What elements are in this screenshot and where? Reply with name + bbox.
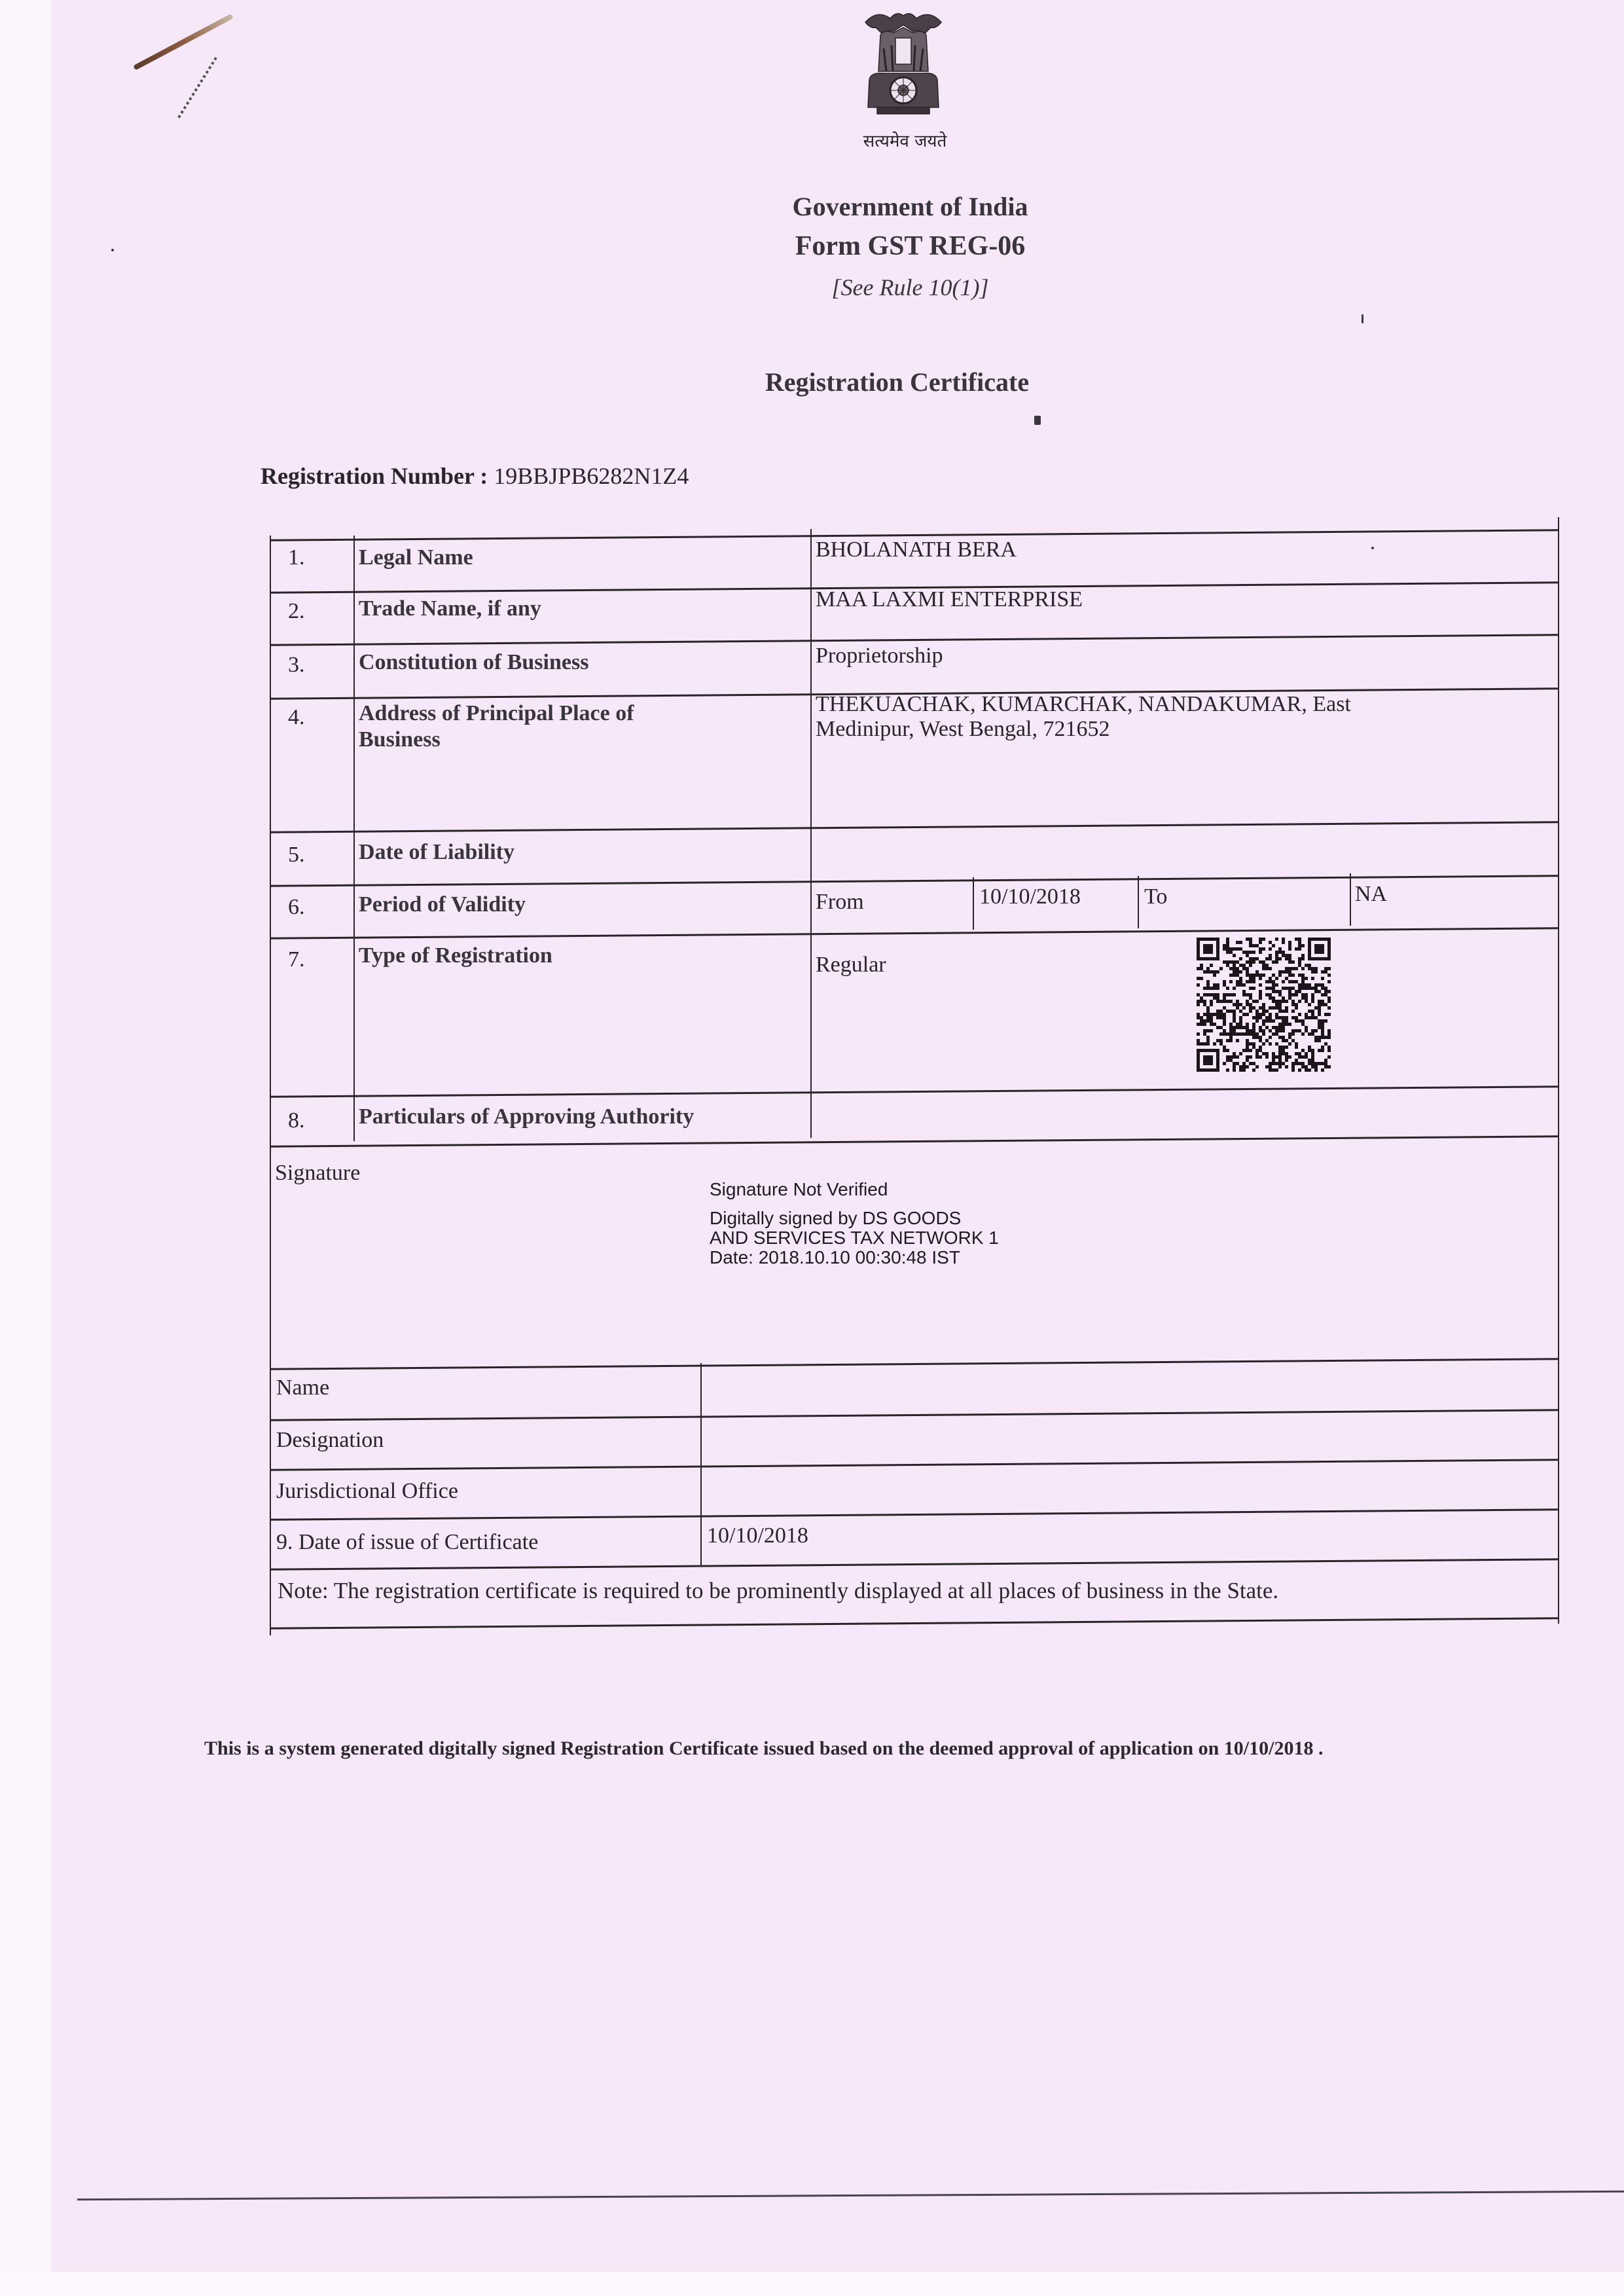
row-line	[270, 1085, 1558, 1097]
display-note: Note: The registration certificate is re…	[278, 1578, 1278, 1604]
registration-number-value: 19BBJPB6282N1Z4	[494, 463, 689, 489]
row-line	[270, 1508, 1558, 1520]
row-number: 4.	[288, 704, 305, 731]
scan-margin-left	[0, 0, 51, 2296]
bottom-rule	[77, 2191, 1624, 2200]
value-legal-name: BHOLANATH BERA	[816, 537, 1017, 563]
row-line	[270, 1358, 1558, 1370]
label-approving-authority: Particulars of Approving Authority	[359, 1104, 694, 1130]
scan-speck	[1034, 416, 1041, 425]
label-date-of-liability: Date of Liability	[359, 839, 514, 866]
signature-date: Date: 2018.10.10 00:30:48 IST	[710, 1248, 999, 1267]
row-number: 8.	[288, 1108, 305, 1134]
authority-designation-label: Designation	[276, 1427, 384, 1453]
row-number: 6.	[288, 894, 305, 920]
scan-speck	[111, 249, 114, 251]
rule-reference: [See Rule 10(1)]	[98, 274, 1624, 301]
signature-signed-by-line2: AND SERVICES TAX NETWORK 1	[710, 1228, 999, 1248]
row-line	[270, 1135, 1558, 1147]
signature-status: Signature Not Verified	[710, 1180, 999, 1199]
label-legal-name: Legal Name	[359, 545, 473, 571]
row-line	[270, 821, 1558, 833]
signature-signed-by-line1: Digitally signed by DS GOODS	[710, 1209, 999, 1228]
row-line-bottom	[270, 1617, 1558, 1629]
column-divider-label	[353, 536, 355, 1141]
value-address-line2: Medinipur, West Bengal, 721652	[816, 716, 1110, 742]
row-number: 2.	[288, 598, 305, 625]
row-number: 7.	[288, 947, 305, 973]
row-line	[270, 1409, 1558, 1421]
row-number: 5.	[288, 842, 305, 868]
label-address-line2: Business	[359, 727, 441, 753]
validity-to-value: NA	[1355, 881, 1387, 907]
scan-margin-bottom	[0, 2272, 1624, 2296]
state-emblem-icon	[857, 9, 949, 124]
row-line	[270, 927, 1558, 939]
validity-divider-1	[973, 877, 974, 930]
registration-number-line: Registration Number : 19BBJPB6282N1Z4	[261, 462, 689, 490]
label-period-of-validity: Period of Validity	[359, 892, 526, 918]
value-address-line1: THEKUACHAK, KUMARCHAK, NANDAKUMAR, East	[816, 691, 1351, 718]
scan-speck	[1362, 314, 1363, 323]
table-border-right	[1558, 517, 1559, 1624]
certificate-title: Registration Certificate	[85, 367, 1624, 397]
issue-date-label: 9. Date of issue of Certificate	[276, 1529, 538, 1556]
system-generated-footer: This is a system generated digitally sig…	[204, 1738, 1323, 1760]
issue-date-value: 10/10/2018	[707, 1523, 808, 1549]
form-title: Form GST REG-06	[98, 230, 1624, 262]
validity-divider-2	[1138, 876, 1139, 928]
qr-code-icon	[1197, 938, 1331, 1072]
validity-from-value: 10/10/2018	[979, 884, 1081, 910]
row-line	[270, 1459, 1558, 1470]
validity-divider-3	[1350, 873, 1351, 926]
government-heading: Government of India	[98, 191, 1624, 222]
validity-to-label: To	[1144, 884, 1167, 910]
staple-pin-mark	[177, 56, 218, 118]
staple-mark	[133, 14, 234, 71]
digital-signature-block: Signature Not Verified Digitally signed …	[710, 1180, 999, 1267]
value-type-of-registration: Regular	[816, 952, 886, 978]
authority-jurisdiction-label: Jurisdictional Office	[276, 1478, 458, 1504]
national-motto: सत्यमेव जयते	[851, 128, 959, 152]
label-trade-name: Trade Name, if any	[359, 596, 541, 622]
row-line	[270, 1558, 1558, 1570]
row-number: 1.	[288, 545, 305, 571]
label-constitution: Constitution of Business	[359, 649, 588, 676]
value-constitution: Proprietorship	[816, 643, 943, 669]
value-trade-name: MAA LAXMI ENTERPRISE	[816, 587, 1083, 613]
registration-number-label: Registration Number :	[261, 463, 488, 489]
label-type-of-registration: Type of Registration	[359, 943, 552, 969]
signature-label: Signature	[275, 1160, 360, 1186]
column-divider-value	[810, 529, 812, 1138]
label-address-line1: Address of Principal Place of	[359, 701, 634, 727]
authority-column-divider	[700, 1363, 702, 1566]
authority-name-label: Name	[276, 1375, 329, 1401]
scan-speck	[1371, 547, 1374, 549]
row-number: 3.	[288, 652, 305, 678]
validity-from-label: From	[816, 889, 864, 915]
